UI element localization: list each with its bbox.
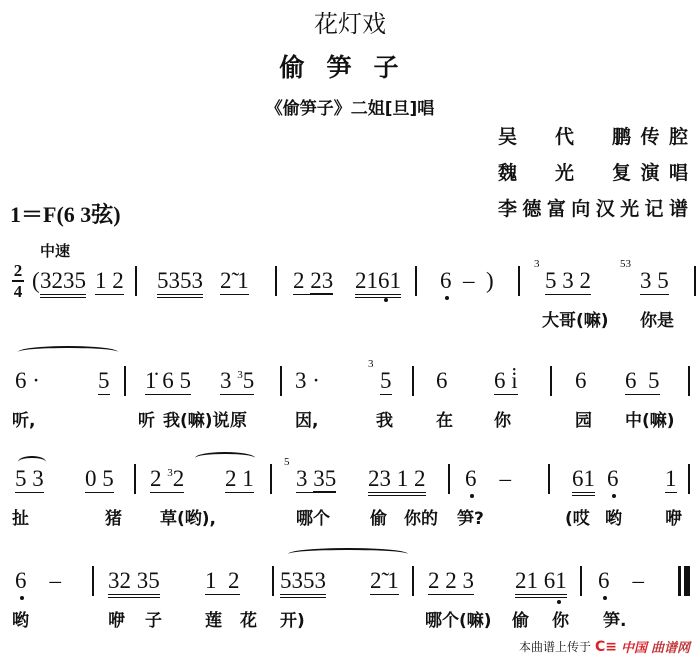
credit-line-3: 李德富向汉光记谱: [498, 194, 688, 221]
slur: [288, 548, 408, 560]
final-barline-thin: [678, 566, 681, 596]
barline: [92, 566, 94, 596]
barline: [412, 566, 414, 596]
final-barline-thick: [684, 566, 690, 596]
notation-row: 6 · 5 1̇ 6 5 3 35 3 · 3 5 6 6 i̇ 6 6 5: [0, 362, 700, 402]
barline: [688, 464, 690, 494]
barline: [448, 464, 450, 494]
lyrics-row: 扯 猪 草(哟), 哪个 偷 你的 笋? (哎 哟 咿: [0, 504, 700, 528]
watermark-text: 本曲谱上传于: [519, 638, 591, 655]
score-system-3: 5 3 0 5 2 32 2 1 5 3 35 23 1 2 6 – 61 6 …: [0, 460, 700, 550]
barline: [135, 266, 137, 296]
note-group: 6 – ): [440, 268, 494, 294]
score-system-2: 6 · 5 1̇ 6 5 3 35 3 · 3 5 6 6 i̇ 6 6 5 听…: [0, 362, 700, 452]
score-system-1: 2 4 ( 3235 1 2 5353 2̃ 1 2 23 2161 6 – )…: [0, 262, 700, 352]
genre-heading: 花灯戏: [0, 4, 700, 39]
watermark: 本曲谱上传于 C≡ 中国曲谱网: [519, 637, 690, 656]
time-signature: 2 4: [12, 262, 24, 300]
notation-row: 5 3 0 5 2 32 2 1 5 3 35 23 1 2 6 – 61 6 …: [0, 460, 700, 500]
notation-row: 6 – 32 35 1 2 5353 2̃ 1 2 2 3 21 61 6 –: [0, 562, 700, 602]
site-name-b: 曲谱网: [651, 637, 690, 656]
note-group: 5 3 2: [545, 268, 591, 295]
site-name-a: 中国: [621, 637, 647, 656]
note-group: 2̃ 1: [220, 268, 249, 295]
barline: [280, 366, 282, 396]
barline: [580, 566, 582, 596]
note-group: 2161: [355, 268, 401, 298]
site-logo-icon: C≡: [595, 639, 617, 655]
barline: [694, 266, 696, 296]
barline: [688, 366, 690, 396]
barline: [518, 266, 520, 296]
barline: [272, 566, 274, 596]
credit-line-2: 魏 光 复演唱: [498, 158, 688, 185]
key-signature: 1＝F(6 3弦): [10, 198, 121, 229]
lyrics-row: 大哥(嘛) 你是: [0, 306, 700, 330]
grace-note: 53: [620, 258, 631, 270]
barline: [134, 464, 136, 494]
tempo-marking: 中速: [40, 240, 70, 261]
barline: [548, 464, 550, 494]
credit-line-1: 吴 代 鹏传腔: [498, 122, 688, 149]
barline: [270, 464, 272, 494]
song-title: 偷笋子: [0, 48, 700, 84]
note-group: 3 5: [640, 268, 669, 295]
barline: [550, 366, 552, 396]
note-group: 2 23: [293, 268, 333, 295]
lyrics-row: 听, 听 我(嘛)说 原 因, 我 在 你 园 中(嘛): [0, 406, 700, 430]
slur: [18, 346, 118, 358]
note-group: 3235: [40, 268, 86, 298]
notation-row: 2 4 ( 3235 1 2 5353 2̃ 1 2 23 2161 6 – )…: [0, 262, 700, 302]
barline: [415, 266, 417, 296]
song-subtitle: 《偷笋子》二姐[旦]唱: [0, 94, 700, 119]
note-group: 5353: [157, 268, 203, 298]
lyrics-row: 哟 咿 子 莲 花 开) 哪个(嘛) 偷 你 笋.: [0, 606, 700, 630]
barline: [275, 266, 277, 296]
barline: [412, 366, 414, 396]
grace-note: 3: [534, 258, 540, 270]
barline: [124, 366, 126, 396]
note-group: 1 2: [95, 268, 124, 295]
